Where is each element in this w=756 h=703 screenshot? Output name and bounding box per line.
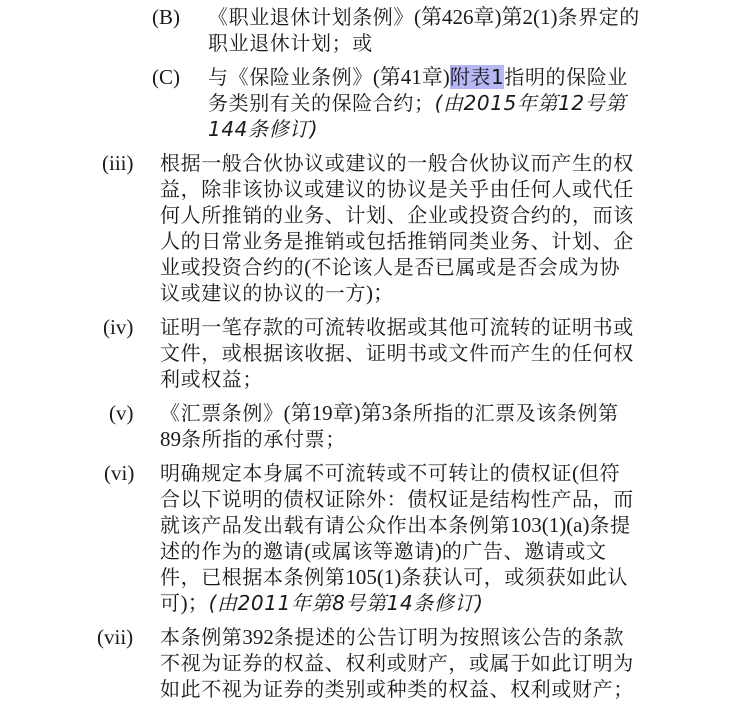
- text-line: 职业退休计划；或: [208, 30, 640, 56]
- text-line: 与《保险业条例》(第41章)附表1指明的保险业: [208, 64, 628, 90]
- item-text: 与《保险业条例》(第41章)附表1指明的保险业 务类别有关的保险合约；(由201…: [208, 64, 628, 142]
- item-label: (B): [152, 4, 180, 30]
- item-text: 根据一般合伙协议或建议的一般合伙协议而产生的权 益，除非该协议或建议的协议是关乎…: [160, 150, 634, 306]
- item-vii: (vii) 本条例第392条提述的公告订明为按照该公告的条款 不视为证券的权益、…: [0, 624, 756, 702]
- text-line: 业或投资合约的(不论该人是否已属或是否会成为协: [160, 254, 634, 280]
- text-line: 如此不视为证券的类别或种类的权益、权利或财产；: [160, 676, 634, 702]
- text-line: 何人所推销的业务、计划、企业或投资合约的，而该: [160, 202, 634, 228]
- item-iii: (iii) 根据一般合伙协议或建议的一般合伙协议而产生的权 益，除非该协议或建议…: [0, 150, 756, 306]
- sub-item-c: (C) 与《保险业条例》(第41章)附表1指明的保险业 务类别有关的保险合约；(…: [0, 64, 756, 142]
- text-line: 本条例第392条提述的公告订明为按照该公告的条款: [160, 624, 634, 650]
- text-line: 可)；(由2011年第8号第14条修订): [160, 590, 634, 616]
- item-text: 《汇票条例》(第19章)第3条所指的汇票及该条例第 89条所指的承付票；: [160, 400, 619, 452]
- text-line: 证明一笔存款的可流转收据或其他可流转的证明书或: [160, 314, 634, 340]
- item-vi: (vi) 明确规定本身属不可流转或不可转让的债权证(但符 合以下说明的债权证除外…: [0, 460, 756, 616]
- text-line: 利或权益；: [160, 366, 634, 392]
- text-line: 《汇票条例》(第19章)第3条所指的汇票及该条例第: [160, 400, 619, 426]
- text-line: 文件，或根据该收据、证明书或文件而产生的任何权: [160, 340, 634, 366]
- text-line: 人的日常业务是推销或包括推销同类业务、计划、企: [160, 228, 634, 254]
- amendment-note: (由2011年第8号第14条修订): [209, 591, 484, 615]
- item-v: (v) 《汇票条例》(第19章)第3条所指的汇票及该条例第 89条所指的承付票；: [0, 400, 756, 452]
- text-line: 《职业退休计划条例》(第426章)第2(1)条界定的: [208, 4, 640, 30]
- text-line: 不视为证券的权益、权利或财产，或属于如此订明为: [160, 650, 634, 676]
- amendment-note: 144条修订): [208, 116, 628, 142]
- item-text: 证明一笔存款的可流转收据或其他可流转的证明书或 文件，或根据该收据、证明书或文件…: [160, 314, 634, 392]
- text-line: 务类别有关的保险合约；(由2015年第12号第: [208, 90, 628, 116]
- text-line: 明确规定本身属不可流转或不可转让的债权证(但符: [160, 460, 634, 486]
- item-label: (v): [109, 400, 134, 426]
- text-line: 件，已根据本条例第105(1)条获认可，或须获如此认: [160, 564, 634, 590]
- item-label: (iii): [102, 150, 134, 176]
- document-page: (B) 《职业退休计划条例》(第426章)第2(1)条界定的 职业退休计划；或 …: [0, 0, 756, 703]
- sub-item-b: (B) 《职业退休计划条例》(第426章)第2(1)条界定的 职业退休计划；或: [0, 4, 756, 56]
- text-line: 就该产品发出载有请公众作出本条例第103(1)(a)条提: [160, 512, 634, 538]
- text-line: 益，除非该协议或建议的协议是关乎由任何人或代任: [160, 176, 634, 202]
- item-text: 本条例第392条提述的公告订明为按照该公告的条款 不视为证券的权益、权利或财产，…: [160, 624, 634, 702]
- text-line: 89条所指的承付票；: [160, 426, 619, 452]
- item-text: 《职业退休计划条例》(第426章)第2(1)条界定的 职业退休计划；或: [208, 4, 640, 56]
- amendment-note: (由2015年第12号第: [435, 91, 626, 115]
- item-iv: (iv) 证明一笔存款的可流转收据或其他可流转的证明书或 文件，或根据该收据、证…: [0, 314, 756, 392]
- text-line: 根据一般合伙协议或建议的一般合伙协议而产生的权: [160, 150, 634, 176]
- item-label: (vii): [97, 624, 133, 650]
- item-label: (C): [152, 64, 180, 90]
- item-label: (vi): [104, 460, 134, 486]
- item-text: 明确规定本身属不可流转或不可转让的债权证(但符 合以下说明的债权证除外：债权证是…: [160, 460, 634, 616]
- text-line: 述的作为的邀请(或属该等邀请)的广告、邀请或文: [160, 538, 634, 564]
- text-line: 合以下说明的债权证除外：债权证是结构性产品，而: [160, 486, 634, 512]
- item-label: (iv): [103, 314, 133, 340]
- highlighted-text[interactable]: 附表1: [450, 65, 505, 89]
- text-line: 议或建议的协议的一方)；: [160, 280, 634, 306]
